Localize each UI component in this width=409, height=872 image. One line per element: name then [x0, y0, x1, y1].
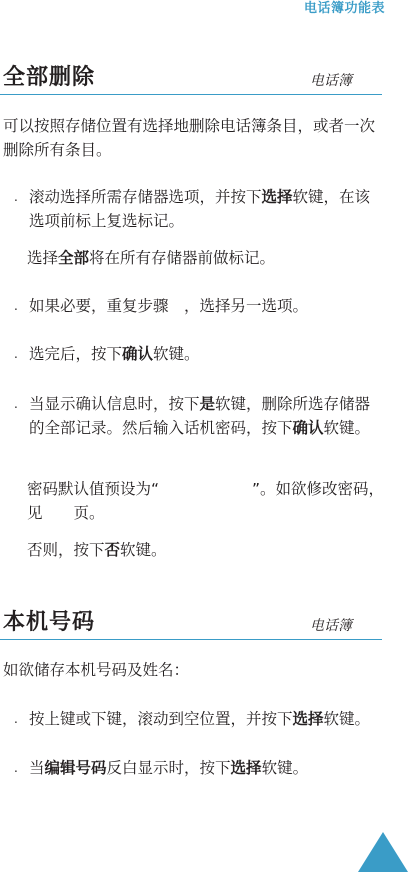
step-number: . — [14, 294, 24, 318]
step-text: 按上键或下键，滚动到空位置，并按下选择软键。 — [29, 707, 385, 731]
section-header-delete-all: 全部删除 电话簿 — [0, 60, 382, 95]
step-text: 如果必要，重复步骤 ，选择另一选项。 — [29, 294, 385, 318]
section-category: 电话簿 — [310, 615, 352, 635]
step-number: . — [14, 185, 24, 209]
step-number: . — [14, 392, 24, 416]
step-note: 否则，按下否软键。 — [27, 538, 385, 562]
step-number: . — [14, 707, 24, 731]
step-text: 当编辑号码反白显示时，按下选择软键。 — [29, 756, 385, 780]
step-text: 选完后，按下确认软键。 — [29, 342, 385, 366]
password-note: 密码默认值预设为“ ”。如欲修改密码，见 页。 — [27, 477, 385, 525]
section-category: 电话簿 — [310, 70, 352, 90]
step-text: 滚动选择所需存储器选项，并按下选择软键，在该选项前标上复选标记。 — [29, 185, 385, 233]
step-number: . — [14, 756, 24, 780]
step-number: . — [14, 342, 24, 366]
triangle-up-icon[interactable] — [358, 832, 408, 872]
step-text: 当显示确认信息时，按下是软键，删除所选存储器的全部记录。然后输入话机密码，按下确… — [29, 392, 385, 440]
step-note: 选择全部将在所有存储器前做标记。 — [27, 246, 385, 270]
section-title: 全部删除 — [3, 60, 95, 91]
section-title: 本机号码 — [3, 605, 95, 636]
running-header: 电话簿功能表 — [304, 0, 385, 18]
intro-paragraph: 如欲储存本机号码及姓名： — [3, 658, 383, 682]
intro-paragraph: 可以按照存储位置有选择地删除电话簿条目，或者一次删除所有条目。 — [3, 114, 383, 162]
section-header-own-number: 本机号码 电话簿 — [0, 605, 382, 640]
